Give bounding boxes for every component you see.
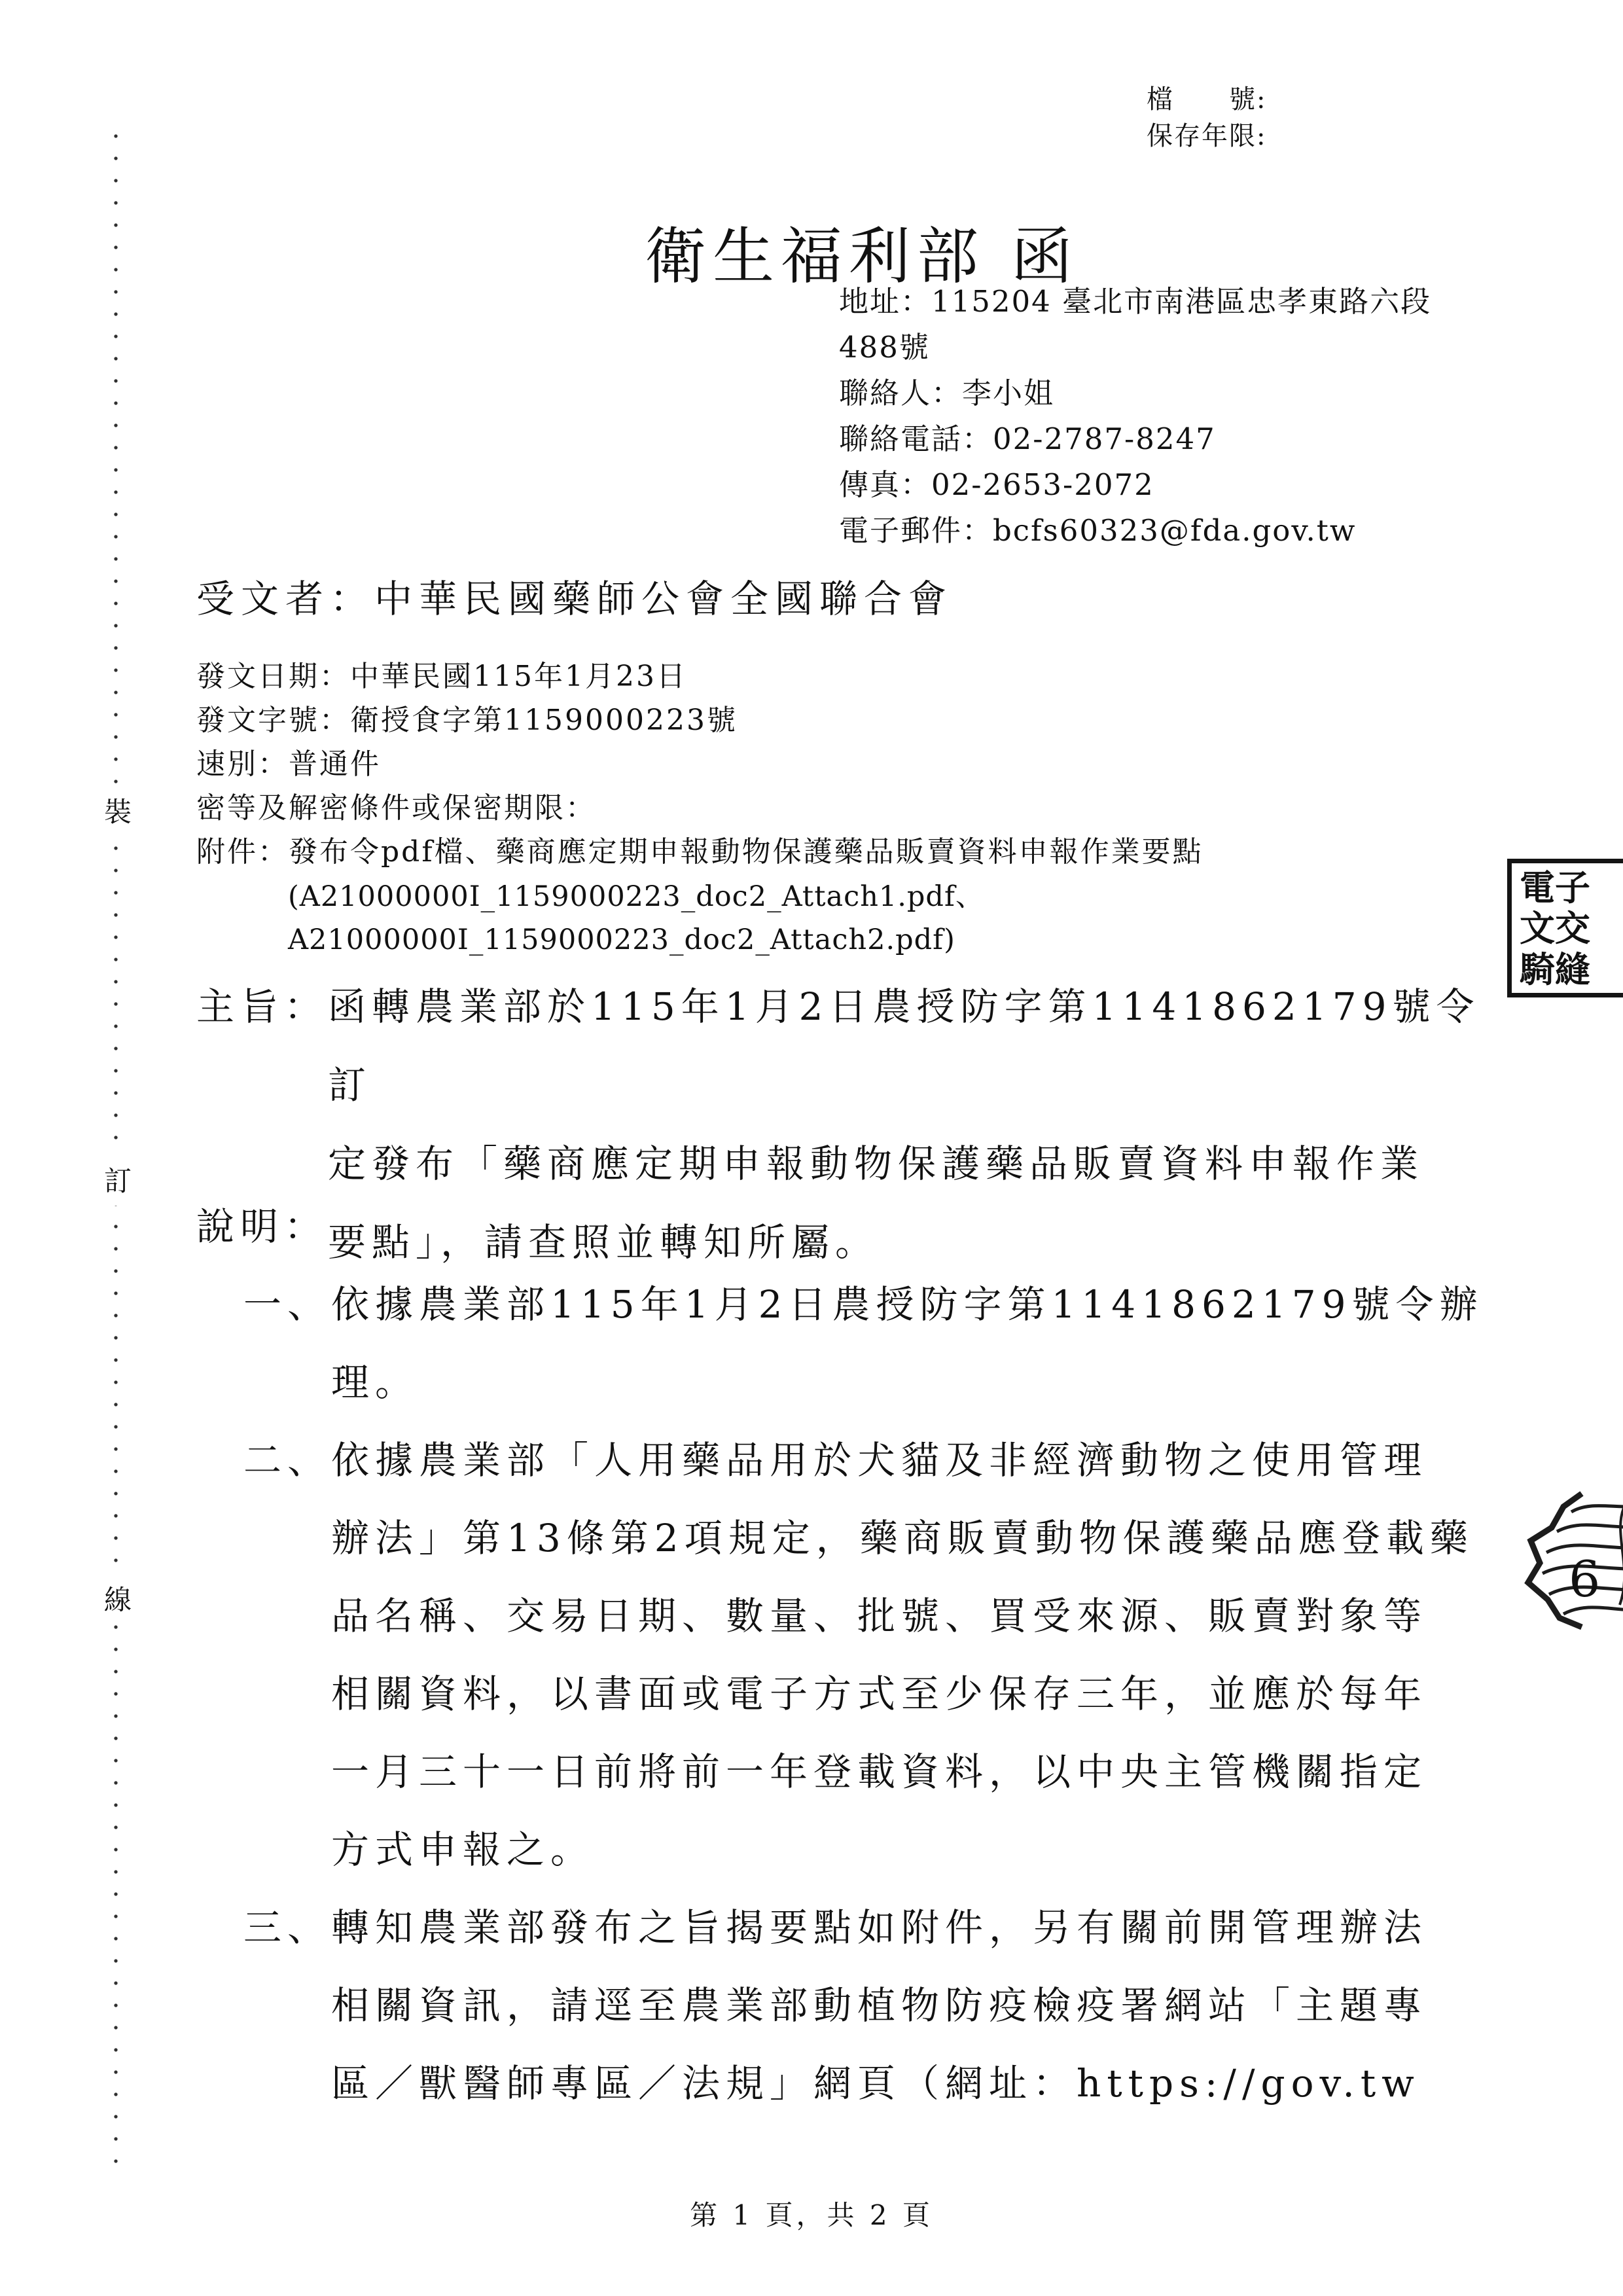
- item-content: 依據農業部「人用藥品用於犬貓及非經濟動物之使用管理 辦法」第13條第2項規定，藥…: [331, 1422, 1505, 1889]
- meta-security-class: 密等及解密條件或保密期限：: [196, 786, 1204, 830]
- stamp-text: 電子: [1520, 869, 1590, 906]
- recipient-line: 受文者：中華民國藥師公會全國聯合會: [196, 568, 953, 623]
- item-line: 相關資訊，請逕至農業部動植物防疫檢疫署網站「主題專: [331, 1967, 1505, 2045]
- binding-mark-xian: 線: [102, 1572, 134, 1624]
- exchange-stamp-row: 電子: [1520, 869, 1606, 906]
- meta-block: 發文日期：中華民國115年1月23日 發文字號：衛授食字第1159000223號…: [196, 655, 1204, 874]
- item-line: 依據農業部115年1月2日農授防字第1141862179號令辦: [331, 1266, 1505, 1344]
- meta-attachment-label: 附件：發布令pdf檔、藥商應定期申報動物保護藥品販賣資料申報作業要點: [196, 830, 1204, 874]
- item-number: 二、: [243, 1422, 331, 1499]
- item-number: 一、: [243, 1266, 331, 1344]
- item-content: 依據農業部115年1月2日農授防字第1141862179號令辦 理。: [331, 1266, 1505, 1422]
- exchange-stamp-row: 騎縫: [1520, 951, 1606, 988]
- file-number-block: 檔 號: 保存年限:: [1147, 81, 1266, 154]
- page-number-footer: 第 1 頁，共 2 頁: [0, 2194, 1623, 2233]
- stamp-text: 文交: [1520, 910, 1590, 946]
- explanation-item-1: 一、 依據農業部115年1月2日農授防字第1141862179號令辦 理。: [196, 1266, 1505, 1422]
- item-line: 轉知農業部發布之旨揭要點如附件，另有關前開管理辦法: [331, 1889, 1505, 1967]
- attachment-filenames: (A21000000I_1159000223_doc2_Attach1.pdf、…: [288, 875, 984, 961]
- wavy-seal-stamp: 6: [1508, 1490, 1623, 1630]
- item-content: 轉知農業部發布之旨揭要點如附件，另有關前開管理辦法 相關資訊，請逕至農業部動植物…: [331, 1889, 1505, 2123]
- electronic-exchange-stamp: 電子 文交 騎縫: [1507, 859, 1623, 997]
- meta-doc-number: 發文字號：衛授食字第1159000223號: [196, 698, 1204, 742]
- sender-address-line2: 488號: [839, 325, 1431, 370]
- attachment-file-2: A21000000I_1159000223_doc2_Attach2.pdf): [288, 918, 984, 961]
- stamp-text: 騎縫: [1520, 951, 1590, 988]
- item-line: 一月三十一日前將前一年登載資料，以中央主管機關指定: [331, 1733, 1505, 1811]
- explanation-section: 說明： 一、 依據農業部115年1月2日農授防字第1141862179號令辦 理…: [196, 1188, 1505, 2123]
- retention-period-label: 保存年限:: [1147, 118, 1266, 154]
- wavy-seal-icon: [1508, 1490, 1623, 1630]
- item-line: 理。: [331, 1344, 1505, 1422]
- exchange-stamp-row: 文交: [1520, 910, 1606, 946]
- explanation-item-2: 二、 依據農業部「人用藥品用於犬貓及非經濟動物之使用管理 辦法」第13條第2項規…: [196, 1422, 1505, 1889]
- sender-address-line1: 地址：115204 臺北市南港區忠孝東路六段: [839, 279, 1431, 325]
- binding-mark-zhuang: 裝: [102, 784, 134, 836]
- meta-speed-class: 速別：普通件: [196, 742, 1204, 786]
- item-line: 依據農業部「人用藥品用於犬貓及非經濟動物之使用管理: [331, 1422, 1505, 1499]
- sender-email: 電子郵件：bcfs60323@fda.gov.tw: [839, 508, 1431, 554]
- meta-issue-date: 發文日期：中華民國115年1月23日: [196, 655, 1204, 698]
- explanation-item-3: 三、 轉知農業部發布之旨揭要點如附件，另有關前開管理辦法 相關資訊，請逕至農業部…: [196, 1889, 1505, 2123]
- subject-line: 函轉農業部於115年1月2日農授防字第1141862179號令訂: [328, 967, 1492, 1124]
- seal-number: 6: [1569, 1550, 1600, 1608]
- official-letter-page: 裝 訂 線 檔 號: 保存年限: 衛生福利部 函 地址：115204 臺北市南港…: [0, 0, 1623, 2296]
- subject-label: 主旨：: [196, 967, 328, 1046]
- file-number-label: 檔 號:: [1147, 81, 1266, 118]
- sender-info-block: 地址：115204 臺北市南港區忠孝東路六段 488號 聯絡人：李小姐 聯絡電話…: [839, 279, 1431, 554]
- attachment-file-1: (A21000000I_1159000223_doc2_Attach1.pdf、: [288, 875, 984, 918]
- item-line: 辦法」第13條第2項規定，藥商販賣動物保護藥品應登載藥: [331, 1499, 1505, 1577]
- sender-phone: 聯絡電話：02-2787-8247: [839, 416, 1431, 462]
- item-line: 相關資料，以書面或電子方式至少保存三年，並應於每年: [331, 1655, 1505, 1733]
- item-line: 品名稱、交易日期、數量、批號、買受來源、販賣對象等: [331, 1577, 1505, 1655]
- explanation-label: 說明：: [196, 1188, 1505, 1266]
- item-number: 三、: [243, 1889, 331, 1967]
- sender-contact-person: 聯絡人：李小姐: [839, 370, 1431, 416]
- sender-fax: 傳真：02-2653-2072: [839, 462, 1431, 508]
- item-line: 方式申報之。: [331, 1811, 1505, 1889]
- binding-mark-ding: 訂: [102, 1153, 134, 1206]
- binding-dotted-line: [113, 131, 119, 2170]
- item-line: 區／獸醫師專區／法規」網頁（網址：https://gov.tw: [331, 2045, 1505, 2123]
